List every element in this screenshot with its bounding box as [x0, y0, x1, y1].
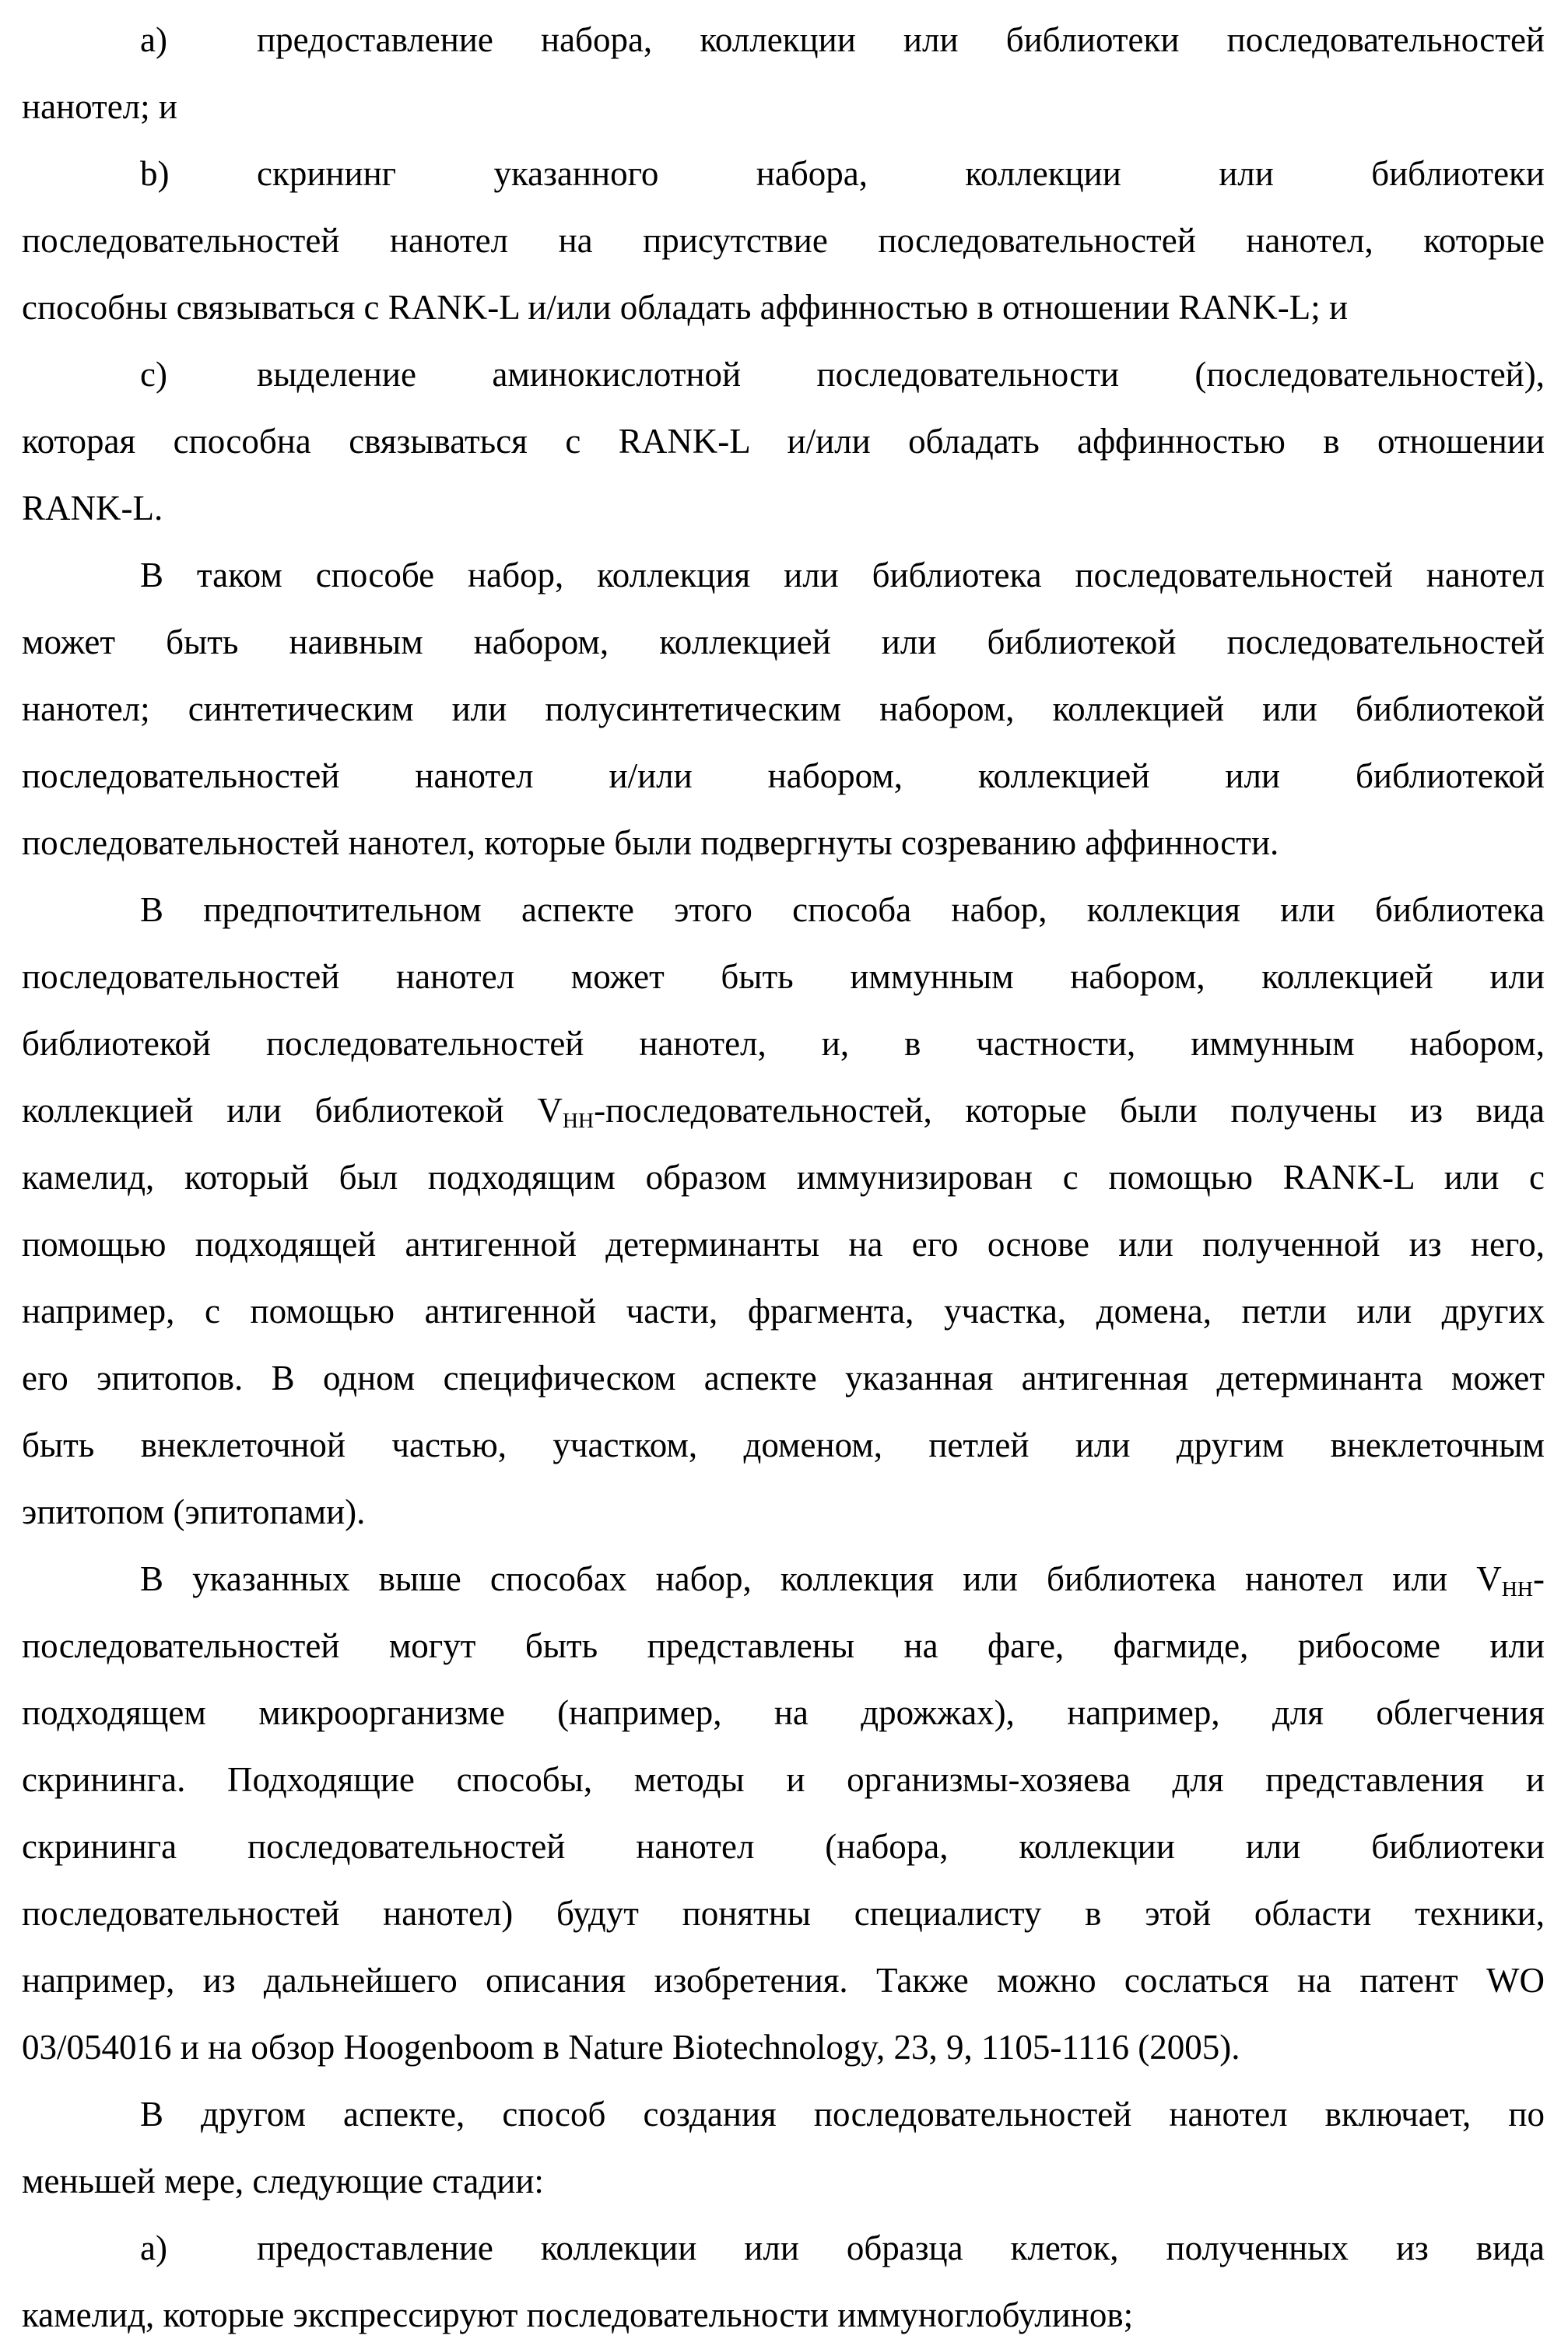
paragraph-1: a)предоставление набора, коллекции или б… — [22, 6, 1545, 140]
text-line: которая способна связываться с RANK-L и/… — [22, 408, 1545, 475]
text-line: В таком способе набор, коллекция или биб… — [22, 542, 1545, 608]
text-line: b)скрининг указанного набора, коллекции … — [22, 140, 1545, 207]
vhh-subscript: HH — [1502, 1577, 1533, 1601]
list-item-marker: c) — [140, 341, 257, 408]
text-line: В другом аспекте, способ создания послед… — [22, 2081, 1545, 2148]
text-line: скрининга. Подходящие способы, методы и … — [22, 1746, 1545, 1813]
text-line: последовательностей нанотел может быть и… — [22, 943, 1545, 1010]
text-line: 03/054016 и на обзор Hoogenboom в Nature… — [22, 2014, 1545, 2081]
list-item-marker: a) — [140, 6, 257, 73]
text-line: нанотел; синтетическим или полусинтетиче… — [22, 675, 1545, 742]
text-line: В указанных выше способах набор, коллекц… — [22, 1545, 1545, 1612]
paragraph-6: В указанных выше способах набор, коллекц… — [22, 1545, 1545, 2081]
text-line: быть внеклеточной частью, участком, доме… — [22, 1411, 1545, 1478]
text-line: помощью подходящей антигенной детерминан… — [22, 1211, 1545, 1278]
text-line: камелид, которые экспрессируют последова… — [22, 2281, 1545, 2346]
paragraph-3: c)выделение аминокислотной последователь… — [22, 341, 1545, 542]
text-line: камелид, который был подходящим образом … — [22, 1144, 1545, 1211]
list-item-marker: b) — [140, 140, 257, 207]
text-line: например, с помощью антигенной части, фр… — [22, 1278, 1545, 1345]
text-line: RANK-L. — [22, 475, 1545, 542]
document-page: a)предоставление набора, коллекции или б… — [0, 0, 1568, 2346]
text-line: способны связываться с RANK-L и/или обла… — [22, 274, 1545, 341]
text-line: библиотекой последовательностей нанотел,… — [22, 1010, 1545, 1077]
paragraph-4: В таком способе набор, коллекция или биб… — [22, 542, 1545, 876]
text-line: последовательностей нанотел, которые был… — [22, 809, 1545, 876]
paragraph-7: В другом аспекте, способ создания послед… — [22, 2081, 1545, 2214]
text-line: меньшей мере, следующие стадии: — [22, 2148, 1545, 2214]
paragraph-8: a)предоставление коллекции или образца к… — [22, 2214, 1545, 2346]
text-line: последовательностей нанотел на присутств… — [22, 207, 1545, 274]
text-line: a)предоставление набора, коллекции или б… — [22, 6, 1545, 73]
text-line: нанотел; и — [22, 73, 1545, 140]
text-line: скрининга последовательностей нанотел (н… — [22, 1813, 1545, 1880]
text-line: коллекцией или библиотекой VHH-последова… — [22, 1077, 1545, 1144]
text-line: последовательностей нанотел) будут понят… — [22, 1880, 1545, 1947]
text-line: подходящем микроорганизме (например, на … — [22, 1679, 1545, 1746]
text-line: например, из дальнейшего описания изобре… — [22, 1947, 1545, 2014]
text-line: В предпочтительном аспекте этого способа… — [22, 876, 1545, 943]
text-line: эпитопом (эпитопами). — [22, 1478, 1545, 1545]
paragraph-5: В предпочтительном аспекте этого способа… — [22, 876, 1545, 1545]
page-text: a)предоставление набора, коллекции или б… — [22, 6, 1545, 2346]
vhh-subscript: HH — [563, 1109, 594, 1133]
text-line: последовательностей нанотел и/или наборо… — [22, 742, 1545, 809]
text-line: последовательностей могут быть представл… — [22, 1612, 1545, 1679]
list-item-marker: a) — [140, 2214, 257, 2281]
paragraph-2: b)скрининг указанного набора, коллекции … — [22, 140, 1545, 341]
text-line: a)предоставление коллекции или образца к… — [22, 2214, 1545, 2281]
text-line: его эпитопов. В одном специфическом аспе… — [22, 1345, 1545, 1411]
text-line: c)выделение аминокислотной последователь… — [22, 341, 1545, 408]
text-line: может быть наивным набором, коллекцией и… — [22, 608, 1545, 675]
